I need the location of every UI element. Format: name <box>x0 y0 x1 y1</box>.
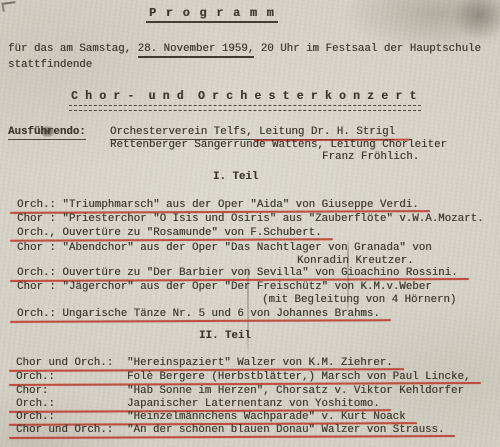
intro-date-underlined: 28. November 1959, <box>138 43 255 58</box>
part1-heading: I. Teil <box>213 171 258 183</box>
program-item: Orch.:Folè Bergere (Herbstblätter,) Mars… <box>16 371 470 383</box>
piece-title: Folè Bergere (Herbstblätter,) Marsch von… <box>127 371 470 383</box>
intro-line-2: stattfindende <box>8 59 92 71</box>
program-item: Orch.:Ouvertüre zu "Der Barbier von Sevi… <box>17 267 458 279</box>
piece-title: "Priesterchor "O Isis und Osiris" aus "Z… <box>62 213 483 225</box>
piece-title: "Heinzelmännchens Wachparade" v. Kurt No… <box>127 411 406 423</box>
scanned-program-page: P r o g r a m m für das am Samstag, 28. … <box>0 0 500 447</box>
performer-label: Orch.: <box>17 199 56 211</box>
performer-label: Orch.: <box>17 267 56 279</box>
performer-label: Chor und Orch.: <box>16 357 127 369</box>
intro-line: für das am Samstag, 28. November 1959, 2… <box>8 43 481 55</box>
performer-label: Orch.: <box>16 398 127 410</box>
performers-line-3: Franz Fröhlich. <box>322 151 419 163</box>
performer-label: Orch.: <box>17 308 56 320</box>
program-item: Chor :"Priesterchor "O Isis und Osiris" … <box>17 213 484 225</box>
program-item-continuation: (mit Begleitung von 4 Hörnern) <box>262 294 456 306</box>
program-item: Chor und Orch.:"An der schönen blauen Do… <box>16 424 444 436</box>
piece-title: "Triumphmarsch" aus der Oper "Aida" von … <box>62 199 418 211</box>
performer-label: Chor : <box>17 281 56 293</box>
scan-corner-mark <box>1 1 16 12</box>
performer-label: Orch.: <box>16 371 127 383</box>
piece-title: "Jägerchor" aus der Oper "Der Freischütz… <box>62 281 431 293</box>
piece-title: Ouvertüre zu "Rosamunde" von F.Schubert. <box>62 227 321 239</box>
performers-line-1: Orchesterverein Telfs, Leitung Dr. H. St… <box>110 126 395 138</box>
program-item: Orch.:"Heinzelmännchens Wachparade" v. K… <box>16 411 406 423</box>
performers-line-2: Rettenberger Sängerrunde Wattens, Leitun… <box>110 139 447 151</box>
piece-title: "Hab Sonne im Herzen", Chorsatz v. Vikto… <box>127 385 464 397</box>
program-item: Chor :"Abendchor" aus der Oper "Das Nach… <box>17 242 432 254</box>
piece-title: Ouvertüre zu "Der Barbier von Sevilla" v… <box>62 267 457 279</box>
program-item: Chor:"Hab Sonne im Herzen", Chorsatz v. … <box>16 385 464 397</box>
ensemble-1-conductor: Leitung Dr. H. Strigl <box>259 126 395 138</box>
performers-label: Ausführendo: <box>8 126 86 140</box>
program-item: Orch.:"Triumphmarsch" aus der Oper "Aida… <box>17 199 419 211</box>
performer-label: Chor: <box>16 385 127 397</box>
program-item: Chor :"Jägerchor" aus der Oper "Der Frei… <box>17 281 432 293</box>
program-item: Orch.:Ungarische Tänze Nr. 5 und 6 von J… <box>17 308 380 320</box>
scan-smudge <box>452 0 500 40</box>
program-item: Chor und Orch.:"Hereinspaziert" Walzer v… <box>16 357 393 369</box>
piece-title: "Abendchor" aus der Oper "Das Nachtlager… <box>62 242 431 254</box>
performer-label: Orch., <box>17 227 56 239</box>
concert-heading: C h o r - u n d O r c h e s t e r k o n … <box>71 91 417 103</box>
piece-title: "Hereinspaziert" Walzer von K.M. Ziehrer… <box>127 357 393 369</box>
performer-label: Chor und Orch.: <box>16 424 127 436</box>
piece-title: "An der schönen blauen Donau" Walzer von… <box>127 424 444 436</box>
intro-prefix: für das am Samstag, <box>8 43 138 55</box>
piece-title: Ungarische Tänze Nr. 5 und 6 von Johanne… <box>62 308 379 320</box>
performer-label: Chor : <box>17 242 56 254</box>
page-title: P r o g r a m m <box>146 7 278 23</box>
program-item-continuation: Konradin Kreutzer. <box>297 255 414 267</box>
part2-heading: II. Teil <box>199 330 251 342</box>
piece-title: Japanischer Laternentanz von Yoshitomo. <box>127 398 380 410</box>
program-item: Orch.,Ouvertüre zu "Rosamunde" von F.Sch… <box>17 227 322 239</box>
intro-suffix: 20 Uhr im Festsaal der Hauptschule <box>254 43 481 55</box>
program-item: Orch.:Japanischer Laternentanz von Yoshi… <box>16 398 380 410</box>
performer-label: Orch.: <box>16 411 127 423</box>
performer-label: Chor : <box>17 213 56 225</box>
ensemble-1: Orchesterverein Telfs, <box>110 126 259 138</box>
